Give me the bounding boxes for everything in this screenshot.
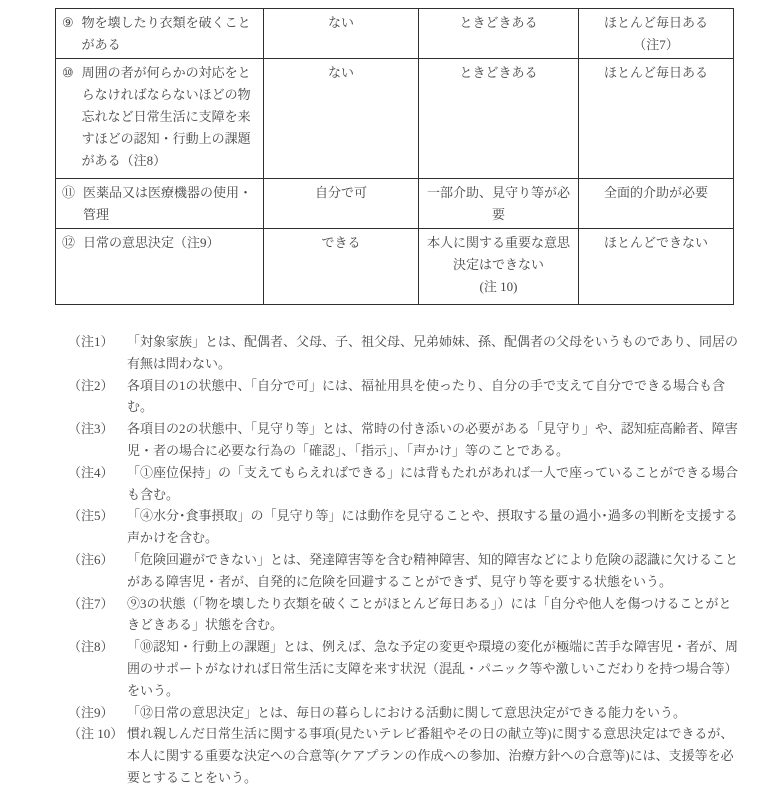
note-item-9: （注9） 「⑫日常の意思決定」とは、毎日の暮らしにおける活動に関して意思決定がで…: [68, 702, 744, 724]
note-text: 「⑫日常の意思決定」とは、毎日の暮らしにおける活動に関して意思決定ができる能力を…: [127, 702, 744, 724]
table-row-10: ⑩ 周囲の者が何らかの対応をとらなければならないほどの物忘れなど日常生活に支障を…: [56, 59, 734, 179]
option-cell: ほとんど毎日ある: [579, 59, 734, 179]
option-cell: 一部介助、見守り等が必要: [419, 179, 579, 229]
item-cell: ⑨ 物を壊したり衣類を破くことがある: [56, 9, 264, 59]
note-text: 慣れ親しんだ日常生活に関する事項(見たいテレビ番組やその日の献立等)に関する意思…: [127, 723, 744, 788]
table-row-11: ⑪ 医薬品又は医療機器の使用・管理 自分で可 一部介助、見守り等が必要 全面的介…: [56, 179, 734, 229]
row-number: ⑫: [62, 232, 75, 254]
note-label: （注 10）: [68, 723, 127, 788]
assessment-table: ⑨ 物を壊したり衣類を破くことがある ない ときどきある ほとんど毎日ある （注…: [55, 8, 734, 305]
item-text: 日常の意思決定（注9）: [83, 232, 257, 254]
item-cell: ⑪ 医薬品又は医療機器の使用・管理: [56, 179, 264, 229]
note-label: （注9）: [68, 702, 127, 724]
document-page: ⑨ 物を壊したり衣類を破くことがある ない ときどきある ほとんど毎日ある （注…: [0, 0, 784, 812]
table-row-12: ⑫ 日常の意思決定（注9） できる 本人に関する重要な意思決定はできない (注 …: [56, 229, 734, 305]
note-label: （注5）: [68, 505, 127, 549]
note-label: （注3）: [68, 418, 127, 462]
option-cell: ない: [264, 9, 419, 59]
item-text: 医薬品又は医療機器の使用・管理: [83, 182, 257, 226]
option-cell: 自分で可: [264, 179, 419, 229]
note-item-2: （注2） 各項目の1の状態中、「自分で可」には、福祉用具を使ったり、自分の手で支…: [68, 375, 744, 419]
note-item-7: （注7） ⑨3の状態（「物を壊したり衣類を破くことがほとんど毎日ある」）には「自…: [68, 593, 744, 637]
note-label: （注7）: [68, 593, 127, 637]
note-label: （注6）: [68, 549, 127, 593]
note-text: ⑨3の状態（「物を壊したり衣類を破くことがほとんど毎日ある」）には「自分や他人を…: [127, 593, 744, 637]
option-cell: ときどきある: [419, 59, 579, 179]
note-text: 「⑩認知・行動上の課題」とは、例えば、急な予定の変更や環境の変化が極端に苦手な障…: [127, 636, 744, 701]
row-number: ⑨: [62, 12, 74, 56]
note-label: （注1）: [68, 331, 127, 375]
item-text: 物を壊したり衣類を破くことがある: [82, 12, 257, 56]
note-item-3: （注3） 各項目の2の状態中、「見守り等」とは、常時の付き添いの必要がある「見守…: [68, 418, 744, 462]
note-label: （注4）: [68, 462, 127, 506]
table-row-9: ⑨ 物を壊したり衣類を破くことがある ない ときどきある ほとんど毎日ある （注…: [56, 9, 734, 59]
note-item-8: （注8） 「⑩認知・行動上の課題」とは、例えば、急な予定の変更や環境の変化が極端…: [68, 636, 744, 701]
item-cell: ⑩ 周囲の者が何らかの対応をとらなければならないほどの物忘れなど日常生活に支障を…: [56, 59, 264, 179]
notes-section: （注1） 「対象家族」とは、配偶者、父母、子、祖父母、兄弟姉妹、孫、配偶者の父母…: [68, 331, 744, 789]
note-text: 「危険回避ができない」とは、発達障害等を含む精神障害、知的障害などにより危険の認…: [127, 549, 744, 593]
option-cell: ほとんどできない: [579, 229, 734, 305]
item-text: 周囲の者が何らかの対応をとらなければならないほどの物忘れなど日常生活に支障を来す…: [82, 62, 257, 172]
note-item-1: （注1） 「対象家族」とは、配偶者、父母、子、祖父母、兄弟姉妹、孫、配偶者の父母…: [68, 331, 744, 375]
row-number: ⑩: [62, 62, 74, 172]
note-text: 各項目の2の状態中、「見守り等」とは、常時の付き添いの必要がある「見守り」や、認…: [127, 418, 744, 462]
option-cell: 全面的介助が必要: [579, 179, 734, 229]
note-label: （注8）: [68, 636, 127, 701]
option-cell: 本人に関する重要な意思決定はできない (注 10): [419, 229, 579, 305]
option-cell: ときどきある: [419, 9, 579, 59]
note-item-4: （注4） 「①座位保持」の「支えてもらえればできる」には背もたれがあれば一人で座…: [68, 462, 744, 506]
option-cell: ほとんど毎日ある （注7）: [579, 9, 734, 59]
note-item-10: （注 10） 慣れ親しんだ日常生活に関する事項(見たいテレビ番組やその日の献立等…: [68, 723, 744, 788]
note-text: 「①座位保持」の「支えてもらえればできる」には背もたれがあれば一人で座っているこ…: [127, 462, 744, 506]
item-cell: ⑫ 日常の意思決定（注9）: [56, 229, 264, 305]
note-text: 各項目の1の状態中、「自分で可」には、福祉用具を使ったり、自分の手で支えて自分で…: [127, 375, 744, 419]
note-item-5: （注5） 「④水分･食事摂取」の「見守り等」には動作を見守ることや、摂取する量の…: [68, 505, 744, 549]
note-text: 「④水分･食事摂取」の「見守り等」には動作を見守ることや、摂取する量の過小･過多…: [127, 505, 744, 549]
row-number: ⑪: [62, 182, 75, 226]
note-item-6: （注6） 「危険回避ができない」とは、発達障害等を含む精神障害、知的障害などによ…: [68, 549, 744, 593]
option-cell: ない: [264, 59, 419, 179]
note-text: 「対象家族」とは、配偶者、父母、子、祖父母、兄弟姉妹、孫、配偶者の父母をいうもの…: [127, 331, 744, 375]
note-label: （注2）: [68, 375, 127, 419]
option-cell: できる: [264, 229, 419, 305]
